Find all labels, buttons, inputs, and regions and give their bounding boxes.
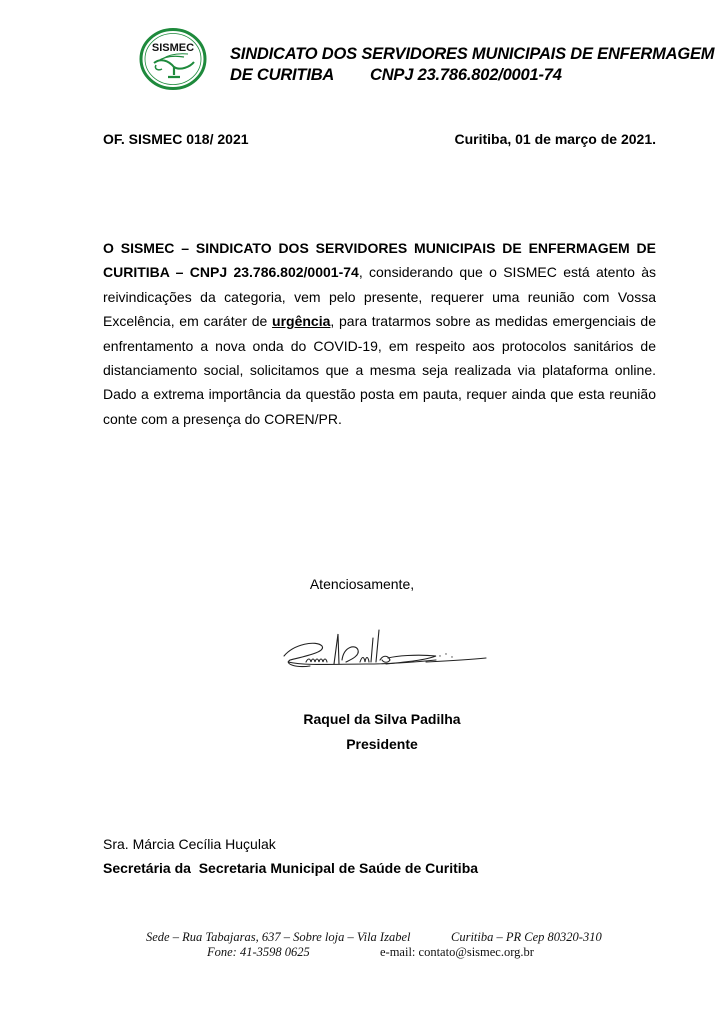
- union-city: DE CURITIBA: [230, 66, 334, 85]
- place-date: Curitiba, 01 de março de 2021.: [454, 131, 656, 147]
- addressee-title: Secretária da Secretaria Municipal de Sa…: [103, 860, 478, 876]
- union-name-heading: SINDICATO DOS SERVIDORES MUNICIPAIS DE E…: [230, 45, 714, 64]
- signer-name: Raquel da Silva Padilha: [0, 711, 724, 727]
- office-number: OF. SISMEC 018/ 2021: [103, 131, 249, 147]
- footer-phone: Fone: 41-3598 0625: [207, 945, 310, 960]
- closing-salutation: Atenciosamente,: [0, 576, 724, 592]
- letter-body: O SISMEC – SINDICATO DOS SERVIDORES MUNI…: [103, 236, 656, 431]
- sismec-logo: SISMEC: [138, 27, 208, 91]
- handwritten-signature: [276, 626, 490, 676]
- addressee-name: Sra. Márcia Cecília Huçulak: [103, 836, 276, 852]
- footer-email: e-mail: contato@sismec.org.br: [380, 945, 534, 960]
- union-cnpj: CNPJ 23.786.802/0001-74: [370, 66, 562, 85]
- signer-role: Presidente: [0, 736, 724, 752]
- footer-address: Sede – Rua Tabajaras, 637 – Sobre loja –…: [146, 930, 410, 945]
- logo-text: SISMEC: [152, 42, 194, 54]
- body-text-2: , para tratarmos sobre as medidas emerge…: [103, 313, 656, 427]
- footer-city: Curitiba – PR Cep 80320-310: [451, 930, 602, 945]
- body-emphasis-urgency: urgência: [272, 313, 330, 329]
